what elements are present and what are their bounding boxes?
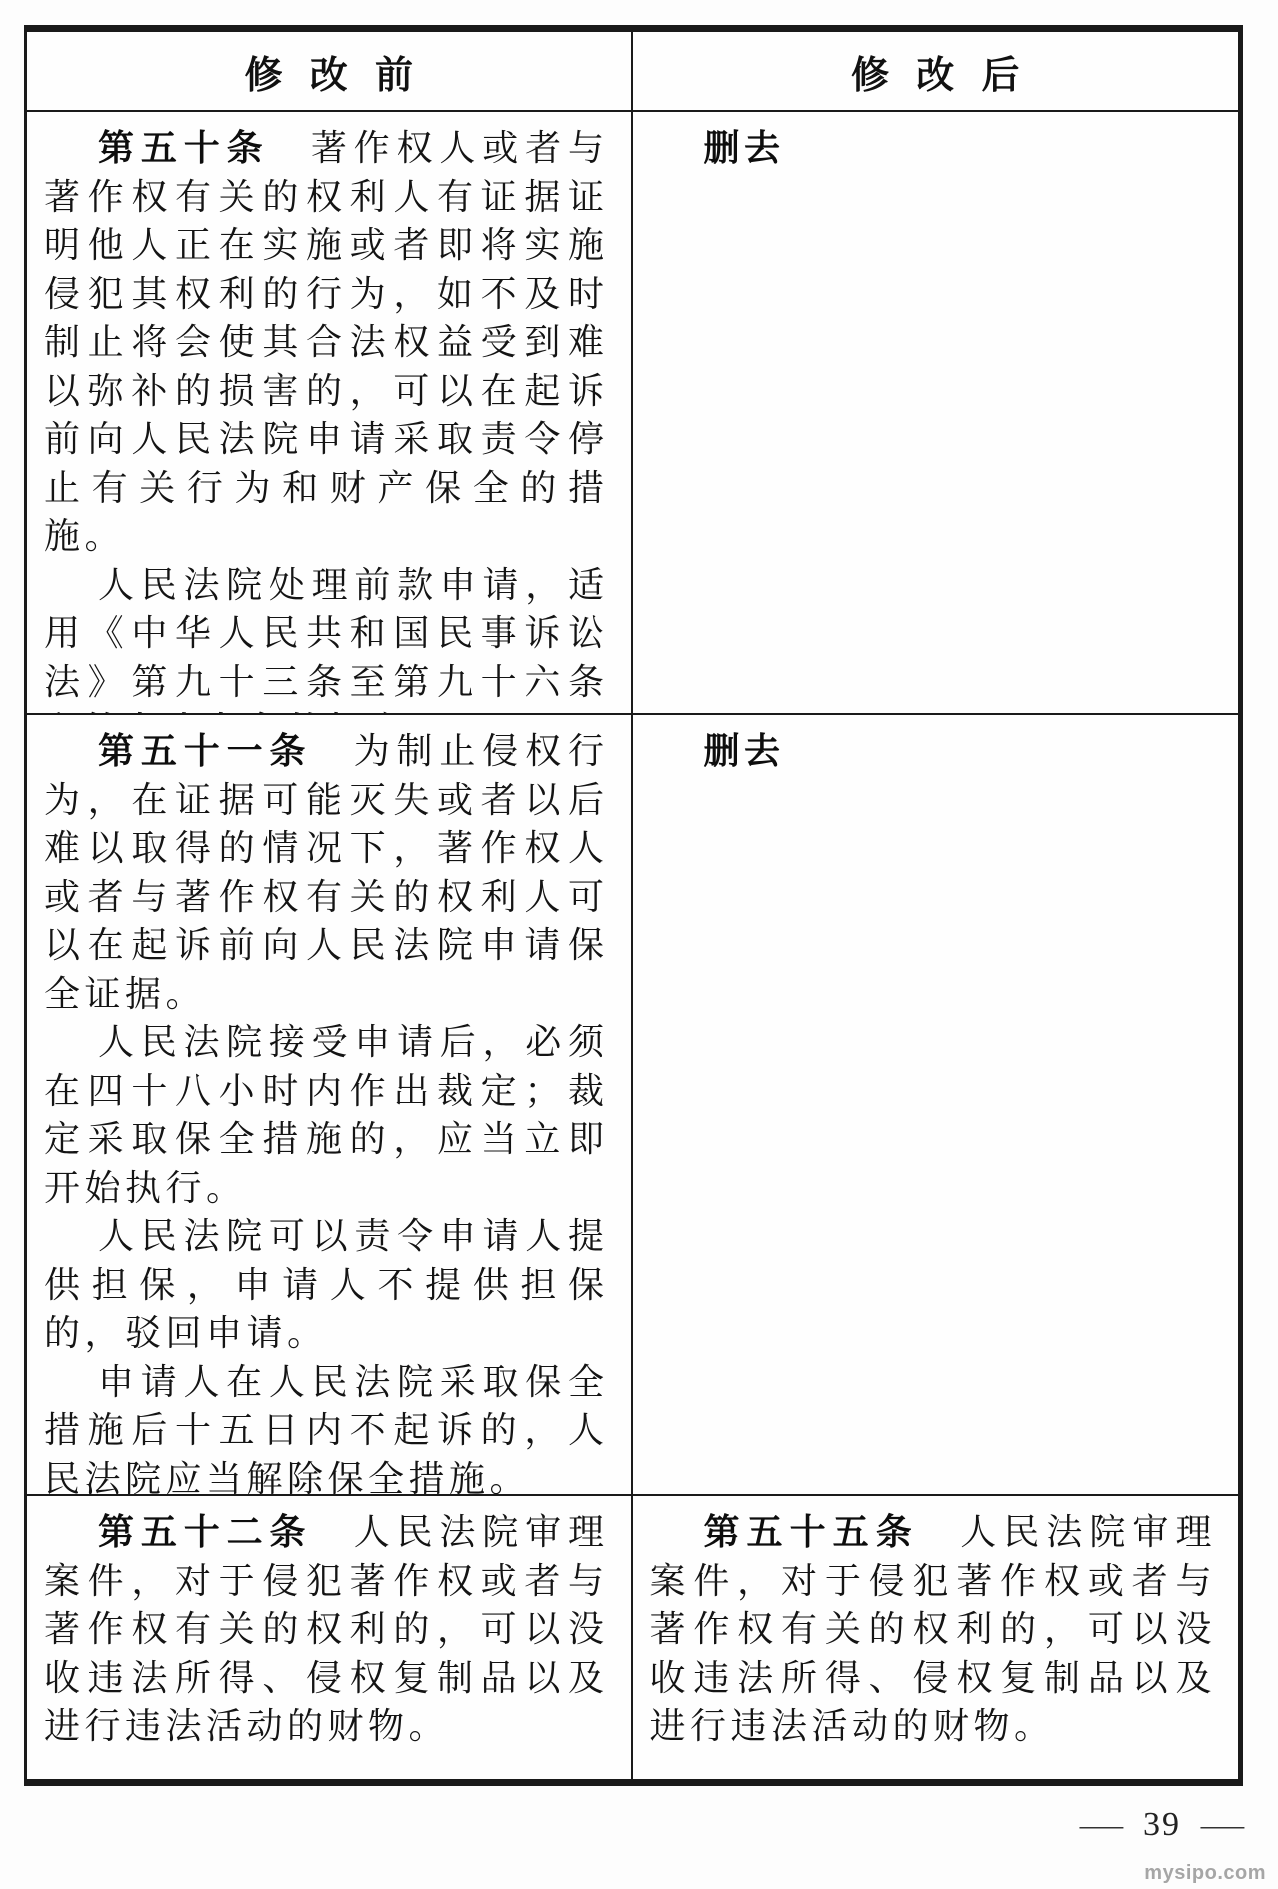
paragraph-text: 著作权人或者与著作权有关的权利人有证据证明他人正在实施或者即将实施侵犯其权利的行…	[44, 128, 609, 556]
article-number-heading: 第五十条	[98, 127, 269, 168]
footer-dash-left: —	[1080, 1807, 1123, 1843]
paragraph: 人民法院可以责令申请人提供担保，申请人不提供担保的，驳回申请。	[44, 1212, 609, 1358]
comparison-table: 修 改 前 修 改 后 第五十条著作权人或者与著作权有关的权利人有证据证明他人正…	[24, 25, 1243, 1786]
paragraph-text: 人民法院处理前款申请，适用《中华人民共和国民事诉讼法》第九十三条至第九十六条和第…	[44, 565, 609, 714]
page-footer: — 39 —	[1086, 1806, 1238, 1844]
paragraph: 人民法院接受申请后，必须在四十八小时内作出裁定；裁定采取保全措施的，应当立即开始…	[44, 1018, 609, 1212]
paragraph: 人民法院处理前款申请，适用《中华人民共和国民事诉讼法》第九十三条至第九十六条和第…	[44, 561, 609, 714]
table-row: 第五十条著作权人或者与著作权有关的权利人有证据证明他人正在实施或者即将实施侵犯其…	[27, 110, 1238, 713]
article-number-heading: 第五十五条	[704, 1511, 919, 1552]
cell-before: 第五十二条人民法院审理案件，对于侵犯著作权或者与著作权有关的权利的，可以没收违法…	[27, 1496, 633, 1779]
cell-after: 第五十五条人民法院审理案件，对于侵犯著作权或者与著作权有关的权利的，可以没收违法…	[633, 1496, 1239, 1779]
watermark: mysipo.com	[1144, 1862, 1266, 1885]
paragraph: 第五十五条人民法院审理案件，对于侵犯著作权或者与著作权有关的权利的，可以没收违法…	[650, 1508, 1217, 1751]
cell-after: 删去	[633, 715, 1239, 1494]
article-number-heading: 第五十一条	[98, 730, 312, 771]
article-number-heading: 第五十二条	[98, 1511, 312, 1552]
article-number-heading: 删去	[704, 127, 785, 168]
paragraph: 删去	[650, 727, 1217, 776]
table-row: 第五十一条为制止侵权行为，在证据可能灭失或者以后难以取得的情况下，著作权人或者与…	[27, 713, 1238, 1494]
paragraph: 删去	[650, 124, 1217, 173]
footer-dash-right: —	[1201, 1807, 1244, 1843]
table-body: 第五十条著作权人或者与著作权有关的权利人有证据证明他人正在实施或者即将实施侵犯其…	[27, 110, 1238, 1779]
page-number: 39	[1143, 1806, 1181, 1844]
cell-after: 删去	[633, 112, 1239, 713]
header-label-after: 修 改 后	[843, 44, 1028, 99]
cell-before: 第五十一条为制止侵权行为，在证据可能灭失或者以后难以取得的情况下，著作权人或者与…	[27, 715, 633, 1494]
paragraph-text: 申请人在人民法院采取保全措施后十五日内不起诉的，人民法院应当解除保全措施。	[44, 1362, 609, 1495]
paragraph-text: 人民法院接受申请后，必须在四十八小时内作出裁定；裁定采取保全措施的，应当立即开始…	[44, 1022, 609, 1208]
header-cell-after: 修 改 后	[633, 32, 1239, 110]
paragraph: 第五十一条为制止侵权行为，在证据可能灭失或者以后难以取得的情况下，著作权人或者与…	[44, 727, 609, 1018]
paragraph: 第五十二条人民法院审理案件，对于侵犯著作权或者与著作权有关的权利的，可以没收违法…	[44, 1508, 609, 1751]
table-row: 第五十二条人民法院审理案件，对于侵犯著作权或者与著作权有关的权利的，可以没收违法…	[27, 1494, 1238, 1779]
cell-before: 第五十条著作权人或者与著作权有关的权利人有证据证明他人正在实施或者即将实施侵犯其…	[27, 112, 633, 713]
header-label-before: 修 改 前	[236, 44, 421, 99]
paragraph-text: 人民法院可以责令申请人提供担保，申请人不提供担保的，驳回申请。	[44, 1216, 609, 1353]
table-header-row: 修 改 前 修 改 后	[27, 32, 1238, 110]
paragraph-text: 为制止侵权行为，在证据可能灭失或者以后难以取得的情况下，著作权人或者与著作权有关…	[44, 731, 609, 1014]
document-page: 修 改 前 修 改 后 第五十条著作权人或者与著作权有关的权利人有证据证明他人正…	[0, 0, 1278, 1889]
header-cell-before: 修 改 前	[27, 32, 633, 110]
article-number-heading: 删去	[704, 730, 785, 771]
paragraph: 申请人在人民法院采取保全措施后十五日内不起诉的，人民法院应当解除保全措施。	[44, 1358, 609, 1495]
paragraph: 第五十条著作权人或者与著作权有关的权利人有证据证明他人正在实施或者即将实施侵犯其…	[44, 124, 609, 561]
